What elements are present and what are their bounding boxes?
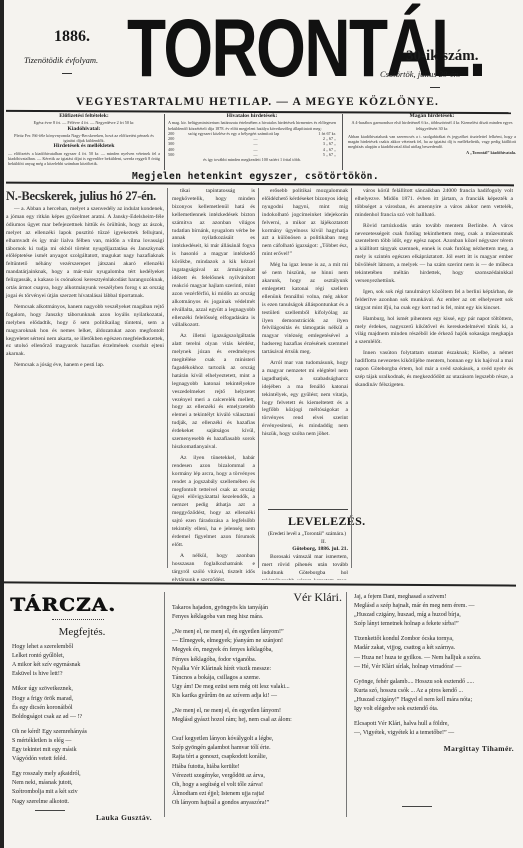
poem-stanza: Oh ne kérd! Egy szemrehányás S mértéklet… (12, 728, 152, 764)
poem-author: Lauka Gusztáv. (12, 813, 152, 822)
column-divider (258, 188, 259, 568)
divider (62, 73, 72, 74)
poem-megfejtes: Megfejtés. Hogy lehet a szerelemből Lelk… (12, 628, 152, 822)
column-divider (342, 114, 343, 170)
divider (35, 810, 65, 811)
poem-stanza: „Ne menj el, ne menj el, én egyetlen lán… (172, 707, 342, 725)
issue-date: Csötörtök, julius 29-én. (380, 69, 460, 79)
official-footer: és így további minden megkezdett 100 szó… (168, 157, 336, 162)
poem-ver-klari: Vér Klári. Takaros hajadon, gyöngyös kis… (172, 593, 342, 814)
newspaper-page: 1886. Tizenötödik évfolyam. TORONTÁL. 30… (0, 0, 523, 848)
office-text: Pleitz Fer. Pál-féle könyvnyomda Nagy-Be… (8, 133, 160, 144)
poem-author: Margittay Tihamér. (354, 744, 514, 753)
poem-title: Megfejtés. (12, 628, 152, 637)
column-divider (167, 188, 168, 568)
article-paragraph: Nemcsak a jóság éve, hanem e pesti lap. (6, 362, 164, 370)
official-heading: Hivatalos hirdetések: (168, 114, 336, 119)
issue-number: 30-ik szám. (406, 48, 479, 65)
volume-label: Tizenötödik évfolyam. (24, 55, 98, 65)
section-rule (6, 182, 514, 187)
column-divider (351, 188, 352, 568)
correspondence-text: Borosaki vámszál mar ismertem, mert rövi… (262, 554, 348, 580)
correspondence-subtitle: (Eredeti levél a „Torontál” számára.) (268, 531, 346, 537)
year: 1886. (54, 28, 90, 46)
section-rule (268, 509, 348, 510)
article-headline: N.-Becskerek, julius hó 27-én. (6, 188, 164, 204)
subscription-heading: Előfizetési feltételek: (8, 114, 160, 119)
private-ads-box: Magán hirdetések: A 4-hasábos garmondsor… (348, 113, 516, 155)
publication-banner: Megjelen hetenkint egyszer, csötörtökön. (132, 171, 379, 182)
poem-stanza: Csuf kegyetlen lányon kóválygolt a légbe… (172, 735, 342, 808)
feuilleton-title: TÁRCZA. (10, 593, 116, 615)
article-paragraph: Igen, sok sok régi tanulmányt közöltem f… (355, 289, 513, 313)
ads-text: — előfizetés a kiadóhivatalban egyszer 4… (8, 151, 160, 167)
article-paragraph: Az illetni igazságszolgáltatás alatt ter… (172, 333, 255, 452)
article-paragraph: tikai tapintatosság is megkövetelik, hog… (172, 188, 255, 330)
correspondence-title: LEVELEZÉS. (288, 514, 365, 529)
poem-ver-klari-ending: Jaj, a fejem Dani, meghasad a szivem! Me… (354, 593, 514, 753)
office-heading: Kiadóhivatal: (8, 127, 160, 132)
official-ads-box: Hivatalos hirdetések: A mag. kir. belügy… (168, 113, 336, 163)
article-paragraph: Hamburg, hol ismét pihentem egy kissé, e… (355, 316, 513, 348)
newspaper-title: TORONTÁL. (127, 8, 377, 90)
price-table: 200szóig egyszeri közlése és egy a bélye… (168, 131, 336, 157)
poem-stanza: Mikor úgy szövetkeznek, Hogy a frigy örö… (12, 685, 152, 721)
column-divider (346, 592, 347, 817)
feuilleton-rule (4, 581, 516, 586)
correspondence-place-date: Göteborg, 1886. jul. 21. (262, 546, 348, 554)
article-column-3: erősebb politikai mozgalomnak előidézhet… (262, 188, 348, 506)
article-paragraph: Nemcsak alkotmányos, hanem nagyobb veszé… (6, 304, 164, 359)
column-divider (164, 114, 165, 170)
poem-stanza: Elcsapott Vér Klári, halva hull a földre… (354, 720, 514, 738)
article-paragraph: A nélkül, hogy azonban hosszasan foglalk… (172, 553, 255, 585)
article-paragraph: — a. Abban a hercehan, melyet a szenvedé… (6, 206, 164, 301)
poem-stanza: Takaros hajadon, gyöngyös kis tanyáján F… (172, 604, 342, 622)
article-paragraph: erősebb politikai mozgalomnak előidézhet… (262, 188, 348, 259)
column-divider (164, 592, 165, 817)
private-signature: A „Torontál” kiadóhivatala. (348, 150, 516, 155)
page-edge (0, 0, 4, 848)
private-text-2: Abban kiadóhivatalunk van szerencsés a t… (348, 134, 516, 150)
poem-stanza: „Ne menj el, ne menj el, én egyetlen lán… (172, 628, 342, 701)
correspondence-number: II. (321, 539, 326, 545)
poem-stanza: Tizenkettőt kondul Zombor ócska tornya, … (354, 635, 514, 671)
article-column-4: város körül felállított sáncaikban 24000… (355, 188, 513, 578)
official-text: A mag. kir. belügyministerium határozata… (168, 120, 336, 131)
private-text-1: A 4-hasábos garmondsor első hirdetésnél … (348, 120, 516, 131)
article-paragraph: Még ha igaz lenne is az, a mit mi sé nem… (262, 262, 348, 357)
poem-stanza: Egy rosszaly mely ajkaidról, Nem neki, m… (12, 770, 152, 806)
article-paragraph: Arról mar van tudomásunk, hogy a magyar … (262, 360, 348, 439)
article-column-2: tikai tapintatosság is megkövetelik, hog… (172, 188, 255, 587)
private-heading: Magán hirdetések: (348, 114, 516, 119)
poem-stanza: Gyönge, fehér galamb.... Hosszu sok eszt… (354, 678, 514, 714)
ads-heading: Hirdetések és mellékletek (8, 144, 160, 149)
newspaper-subtitle: VEGYESTARTALMU HETILAP. — A MEGYE KÖZLÖN… (76, 96, 439, 108)
correspondence-body: Göteborg, 1886. jul. 21. Borosaki vámszá… (262, 546, 348, 580)
poem-stanza: Hogy lehet a szerelemből Lelket rontó gy… (12, 643, 152, 679)
article-paragraph: város körül felállított sáncaikban 24000… (355, 188, 513, 220)
divider (402, 806, 432, 807)
article-paragraph: Az ilyen tünetekkel, habár rendesen azon… (172, 455, 255, 550)
poem-title: Vér Klári. (172, 593, 342, 602)
subscription-info-box: Előfizetési feltételek: Egész évre 8 frt… (8, 113, 160, 167)
lead-article: N.-Becskerek, julius hó 27-én. — a. Abba… (6, 188, 164, 373)
article-paragraph: Innen vasúton folytattam utamat északnak… (355, 350, 513, 390)
divider (430, 87, 440, 88)
article-paragraph: Rövid tartózkodás után tovább mentem Ber… (355, 223, 513, 286)
divider (52, 619, 104, 620)
poem-stanza: Jaj, a fejem Dani, meghasad a szivem! Me… (354, 593, 514, 629)
subscription-text: Egész évre 8 frt. — Félévre 4 frt. — Neg… (8, 120, 160, 125)
